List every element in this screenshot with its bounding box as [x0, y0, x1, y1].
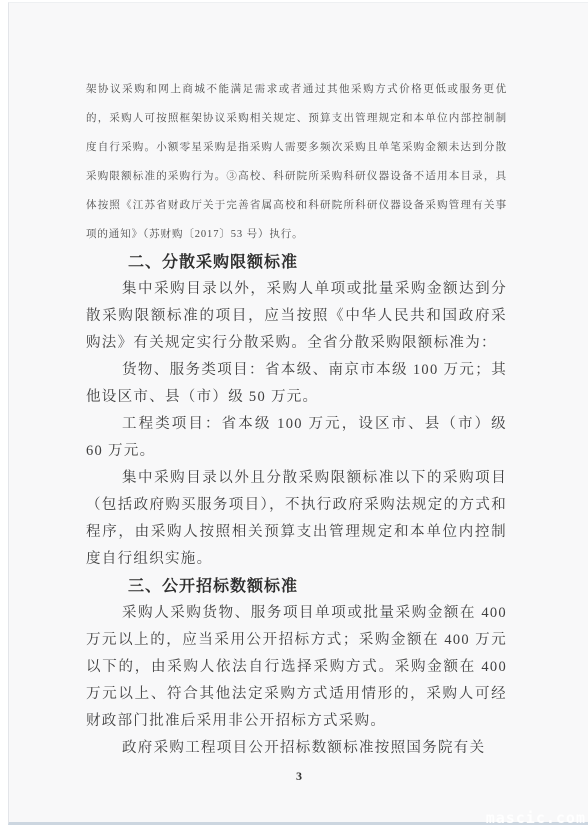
paragraph-public-bidding-threshold: 采购人采购货物、服务项目单项或批量采购金额在 400 万元以上的，应当采用公开招… [86, 600, 507, 735]
paragraph-engineering-bidding: 政府采购工程项目公开招标数额标准按照国务院有关 [86, 735, 507, 762]
paragraph-engineering-limit: 工程类项目：省本级 100 万元，设区市、县（市）级 60 万元。 [86, 411, 507, 465]
page-number: 3 [9, 769, 588, 784]
paragraph-goods-services-limit: 货物、服务类项目：省本级、南京市本级 100 万元；其他设区市、县（市）级 50… [86, 357, 507, 411]
document-page: 架协议采购和网上商城不能满足需求或者通过其他采购方式价格更低或服务更优的，采购人… [8, 2, 588, 825]
section-heading-3: 三、公开招标数额标准 [86, 573, 507, 600]
paragraph-decentralized-intro: 集中采购目录以外，采购人单项或批量采购金额达到分散采购限额标准的项目，应当按照《… [86, 276, 507, 357]
watermark-text: mascic.com [486, 809, 586, 827]
page-content: 架协议采购和网上商城不能满足需求或者通过其他采购方式价格更低或服务更优的，采购人… [86, 75, 507, 762]
paragraph-continuation-note: 架协议采购和网上商城不能满足需求或者通过其他采购方式价格更低或服务更优的，采购人… [86, 75, 507, 249]
paragraph-below-limit-rules: 集中采购目录以外且分散采购限额标准以下的采购项目（包括政府购买服务项目），不执行… [86, 465, 507, 573]
section-heading-2: 二、分散采购限额标准 [86, 249, 507, 276]
